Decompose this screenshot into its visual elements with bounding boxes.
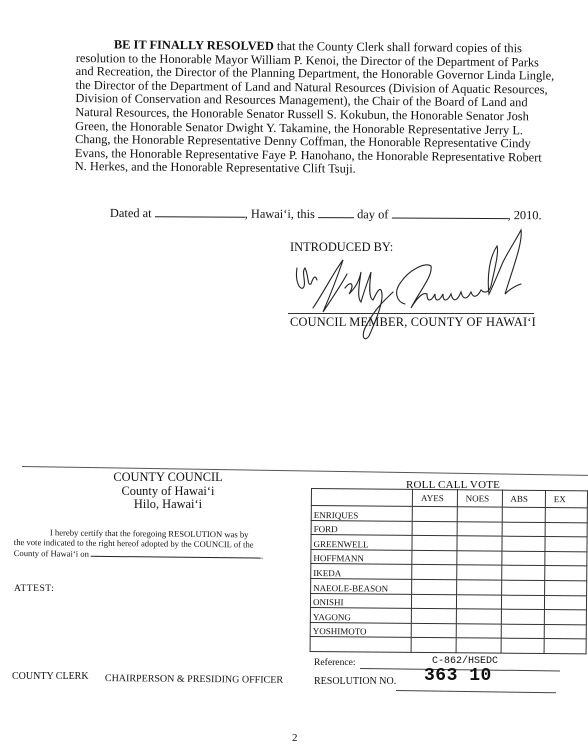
table-row	[310, 637, 586, 654]
vote-cell-ex	[545, 537, 587, 552]
member-name: GREENWELL	[311, 535, 412, 550]
table-row: GREENWELL	[311, 535, 587, 552]
vote-cell-noes	[457, 507, 502, 522]
table-row: NAEOLE-BEASON	[311, 578, 587, 595]
reference-label: Reference:	[314, 657, 356, 668]
member-name	[310, 637, 411, 652]
vote-cell-ayes	[412, 550, 457, 565]
vote-cell-ex	[544, 610, 586, 625]
signature-line	[288, 313, 534, 314]
vote-cell-noes	[456, 624, 501, 639]
vote-cell-ayes	[412, 594, 457, 609]
council-member-title: COUNCIL MEMBER, COUNTY OF HAWAI‘I	[290, 315, 536, 330]
member-name: NAEOLE-BEASON	[311, 578, 412, 593]
vote-cell-ayes	[411, 609, 456, 624]
member-name: YOSHIMOTO	[310, 622, 411, 637]
vote-cell-abs	[501, 551, 544, 566]
vote-cell-abs	[502, 507, 545, 522]
vote-cell-abs	[502, 536, 545, 551]
header-ayes: AYES	[412, 489, 457, 506]
resolved-lead: BE IT FINALLY RESOLVED	[114, 37, 274, 53]
vote-cell-ex	[545, 522, 587, 537]
vote-cell-ayes	[412, 536, 457, 551]
vote-cell-ex	[544, 595, 586, 610]
vote-cell-ex	[545, 508, 587, 523]
attest-label: ATTEST:	[14, 583, 54, 594]
header-name-cell	[311, 489, 412, 507]
place-blank	[155, 205, 245, 217]
vote-cell-ayes	[411, 623, 456, 638]
vote-cell-ayes	[412, 521, 457, 536]
resolution-no-label: RESOLUTION NO.	[314, 676, 396, 687]
day-blank	[318, 206, 354, 218]
signature-image	[285, 228, 555, 348]
vote-cell-ayes	[412, 565, 457, 580]
vote-cell-ex	[544, 581, 586, 596]
vote-cell-ex	[544, 624, 586, 639]
vote-cell-abs	[501, 609, 544, 624]
certification-text: I hereby certify that the foregoing RESO…	[14, 527, 279, 561]
adoption-date-blank	[91, 548, 261, 559]
council-city: Hilo, Hawai‘i	[108, 498, 228, 512]
section-divider	[22, 466, 588, 476]
header-abs: ABS	[502, 490, 546, 507]
vote-cell-ayes	[412, 506, 457, 521]
resolution-paragraph: BE IT FINALLY RESOLVED that the County C…	[75, 38, 568, 179]
vote-cell-abs	[501, 595, 544, 610]
vote-cell-noes	[456, 594, 501, 609]
member-name: IKEDA	[311, 564, 412, 579]
council-county: County of Hawai‘i	[108, 485, 228, 499]
vote-cell-ayes	[412, 579, 457, 594]
header-noes: NOES	[457, 490, 502, 507]
vote-cell-abs	[501, 580, 544, 595]
resolution-no-line	[396, 690, 556, 693]
member-name: ENRIQUES	[311, 506, 412, 521]
vote-cell-abs	[501, 639, 544, 654]
vote-cell-abs	[502, 522, 545, 537]
vote-cell-noes	[457, 551, 502, 566]
header-ex: EX	[545, 491, 587, 508]
member-name: YAGONG	[310, 608, 411, 623]
county-council-heading: COUNTY COUNCIL County of Hawai‘i Hilo, H…	[108, 471, 228, 512]
vote-cell-noes	[456, 638, 501, 653]
vote-cell-noes	[456, 565, 501, 580]
member-name: HOFFMANN	[311, 549, 412, 564]
vote-cell-noes	[457, 521, 502, 536]
vote-cell-ayes	[411, 638, 456, 653]
vote-cell-abs	[501, 624, 544, 639]
month-blank	[392, 206, 508, 219]
dated-line: Dated at , Hawai‘i, this day of , 2010.	[110, 205, 542, 223]
resolution-no-value: 363 10	[424, 666, 492, 686]
vote-cell-ex	[544, 639, 586, 654]
member-name: FORD	[311, 520, 412, 535]
table-row: HOFFMANN	[311, 549, 587, 566]
vote-cell-noes	[457, 536, 502, 551]
member-name: ONISHI	[310, 593, 411, 608]
vote-cell-abs	[501, 566, 544, 581]
vote-cell-ex	[545, 551, 587, 566]
county-clerk-label: COUNTY CLERK	[12, 671, 89, 682]
vote-cell-ex	[545, 566, 587, 581]
council-name: COUNTY COUNCIL	[108, 471, 228, 485]
chairperson-label: CHAIRPERSON & PRESIDING OFFICER	[105, 673, 283, 686]
table-row: YOSHIMOTO	[310, 622, 586, 639]
page-number: 2	[292, 732, 298, 744]
vote-cell-noes	[456, 580, 501, 595]
roll-call-table: AYES NOES ABS EX ENRIQUESFORDGREENWELLHO…	[310, 488, 588, 654]
vote-cell-noes	[456, 609, 501, 624]
table-row: ENRIQUES	[311, 506, 587, 523]
